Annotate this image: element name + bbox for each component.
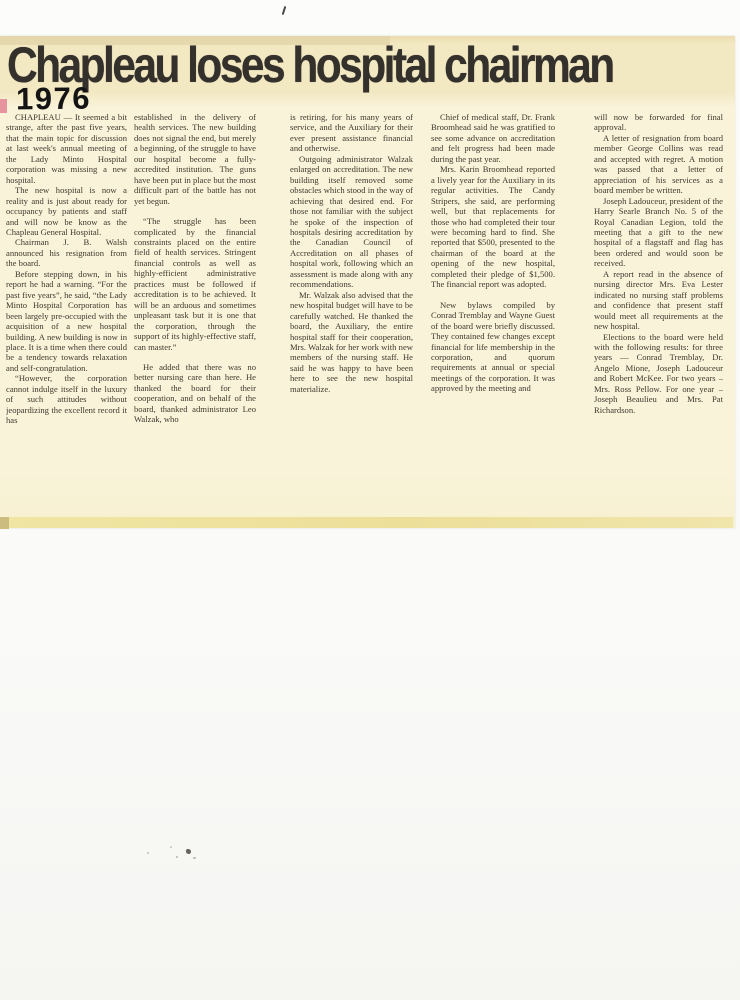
article-paragraph: Chairman J. B. Walsh announced his resig…	[6, 237, 127, 268]
article-paragraph: established in the delivery of health se…	[134, 112, 256, 206]
newspaper-clipping: Chapleau loses hospital chairman 1976 CH…	[0, 36, 735, 528]
article-column: CHAPLEAU — It seemed a bit strange, afte…	[6, 112, 127, 515]
article-paragraph: The new hospital is now a reality and is…	[6, 185, 127, 237]
headline-band: Chapleau loses hospital chairman	[0, 36, 735, 102]
ink-blot	[186, 849, 191, 854]
article-paragraph: Chief of medical staff, Dr. Frank Broomh…	[431, 112, 555, 164]
dust-speck	[193, 857, 196, 859]
article-paragraph: Joseph Ladouceur, president of the Harry…	[594, 196, 723, 269]
article-paragraph: A report read in the absence of nursing …	[594, 269, 723, 332]
article-paragraph: Mrs. Karin Broomhead reported a lively y…	[431, 164, 555, 289]
article-paragraph: “The struggle has been complicated by th…	[134, 216, 256, 352]
pen-mark	[282, 6, 287, 15]
pink-paper-fragment	[0, 99, 7, 113]
article-paragraph: Elections to the board were held with th…	[594, 332, 723, 416]
article-column: Chief of medical staff, Dr. Frank Broomh…	[431, 112, 555, 515]
article-paragraph: New bylaws compiled by Conrad Tremblay a…	[431, 300, 555, 394]
article-paragraph: is retiring, for his many years of servi…	[290, 112, 413, 154]
article-paragraph: Before stepping down, in his report he h…	[6, 269, 127, 374]
article-paragraph: A letter of resignation from board membe…	[594, 133, 723, 196]
article-column: is retiring, for his many years of servi…	[290, 112, 413, 515]
year-annotation: 1976	[16, 83, 91, 115]
clipping-corner-fragment	[0, 517, 9, 529]
article-headline: Chapleau loses hospital chairman	[7, 37, 613, 95]
dust-speck	[147, 852, 149, 854]
article-column: will now be forwarded for final approval…	[594, 112, 723, 515]
article-paragraph: Mr. Walzak also advised that the new hos…	[290, 290, 413, 395]
article-column: established in the delivery of health se…	[134, 112, 256, 515]
article-columns: CHAPLEAU — It seemed a bit strange, afte…	[0, 112, 735, 515]
dust-speck	[170, 846, 172, 848]
article-paragraph: “However, the corporation cannot indulge…	[6, 373, 127, 425]
article-paragraph: He added that there was no better nursin…	[134, 362, 256, 425]
dust-speck	[176, 856, 178, 858]
clipping-bottom-edge	[6, 517, 733, 528]
article-paragraph: CHAPLEAU — It seemed a bit strange, afte…	[6, 112, 127, 185]
scanned-page: Chapleau loses hospital chairman 1976 CH…	[0, 0, 740, 1000]
article-paragraph: Outgoing administrator Walzak enlarged o…	[290, 154, 413, 290]
article-paragraph: will now be forwarded for final approval…	[594, 112, 723, 133]
